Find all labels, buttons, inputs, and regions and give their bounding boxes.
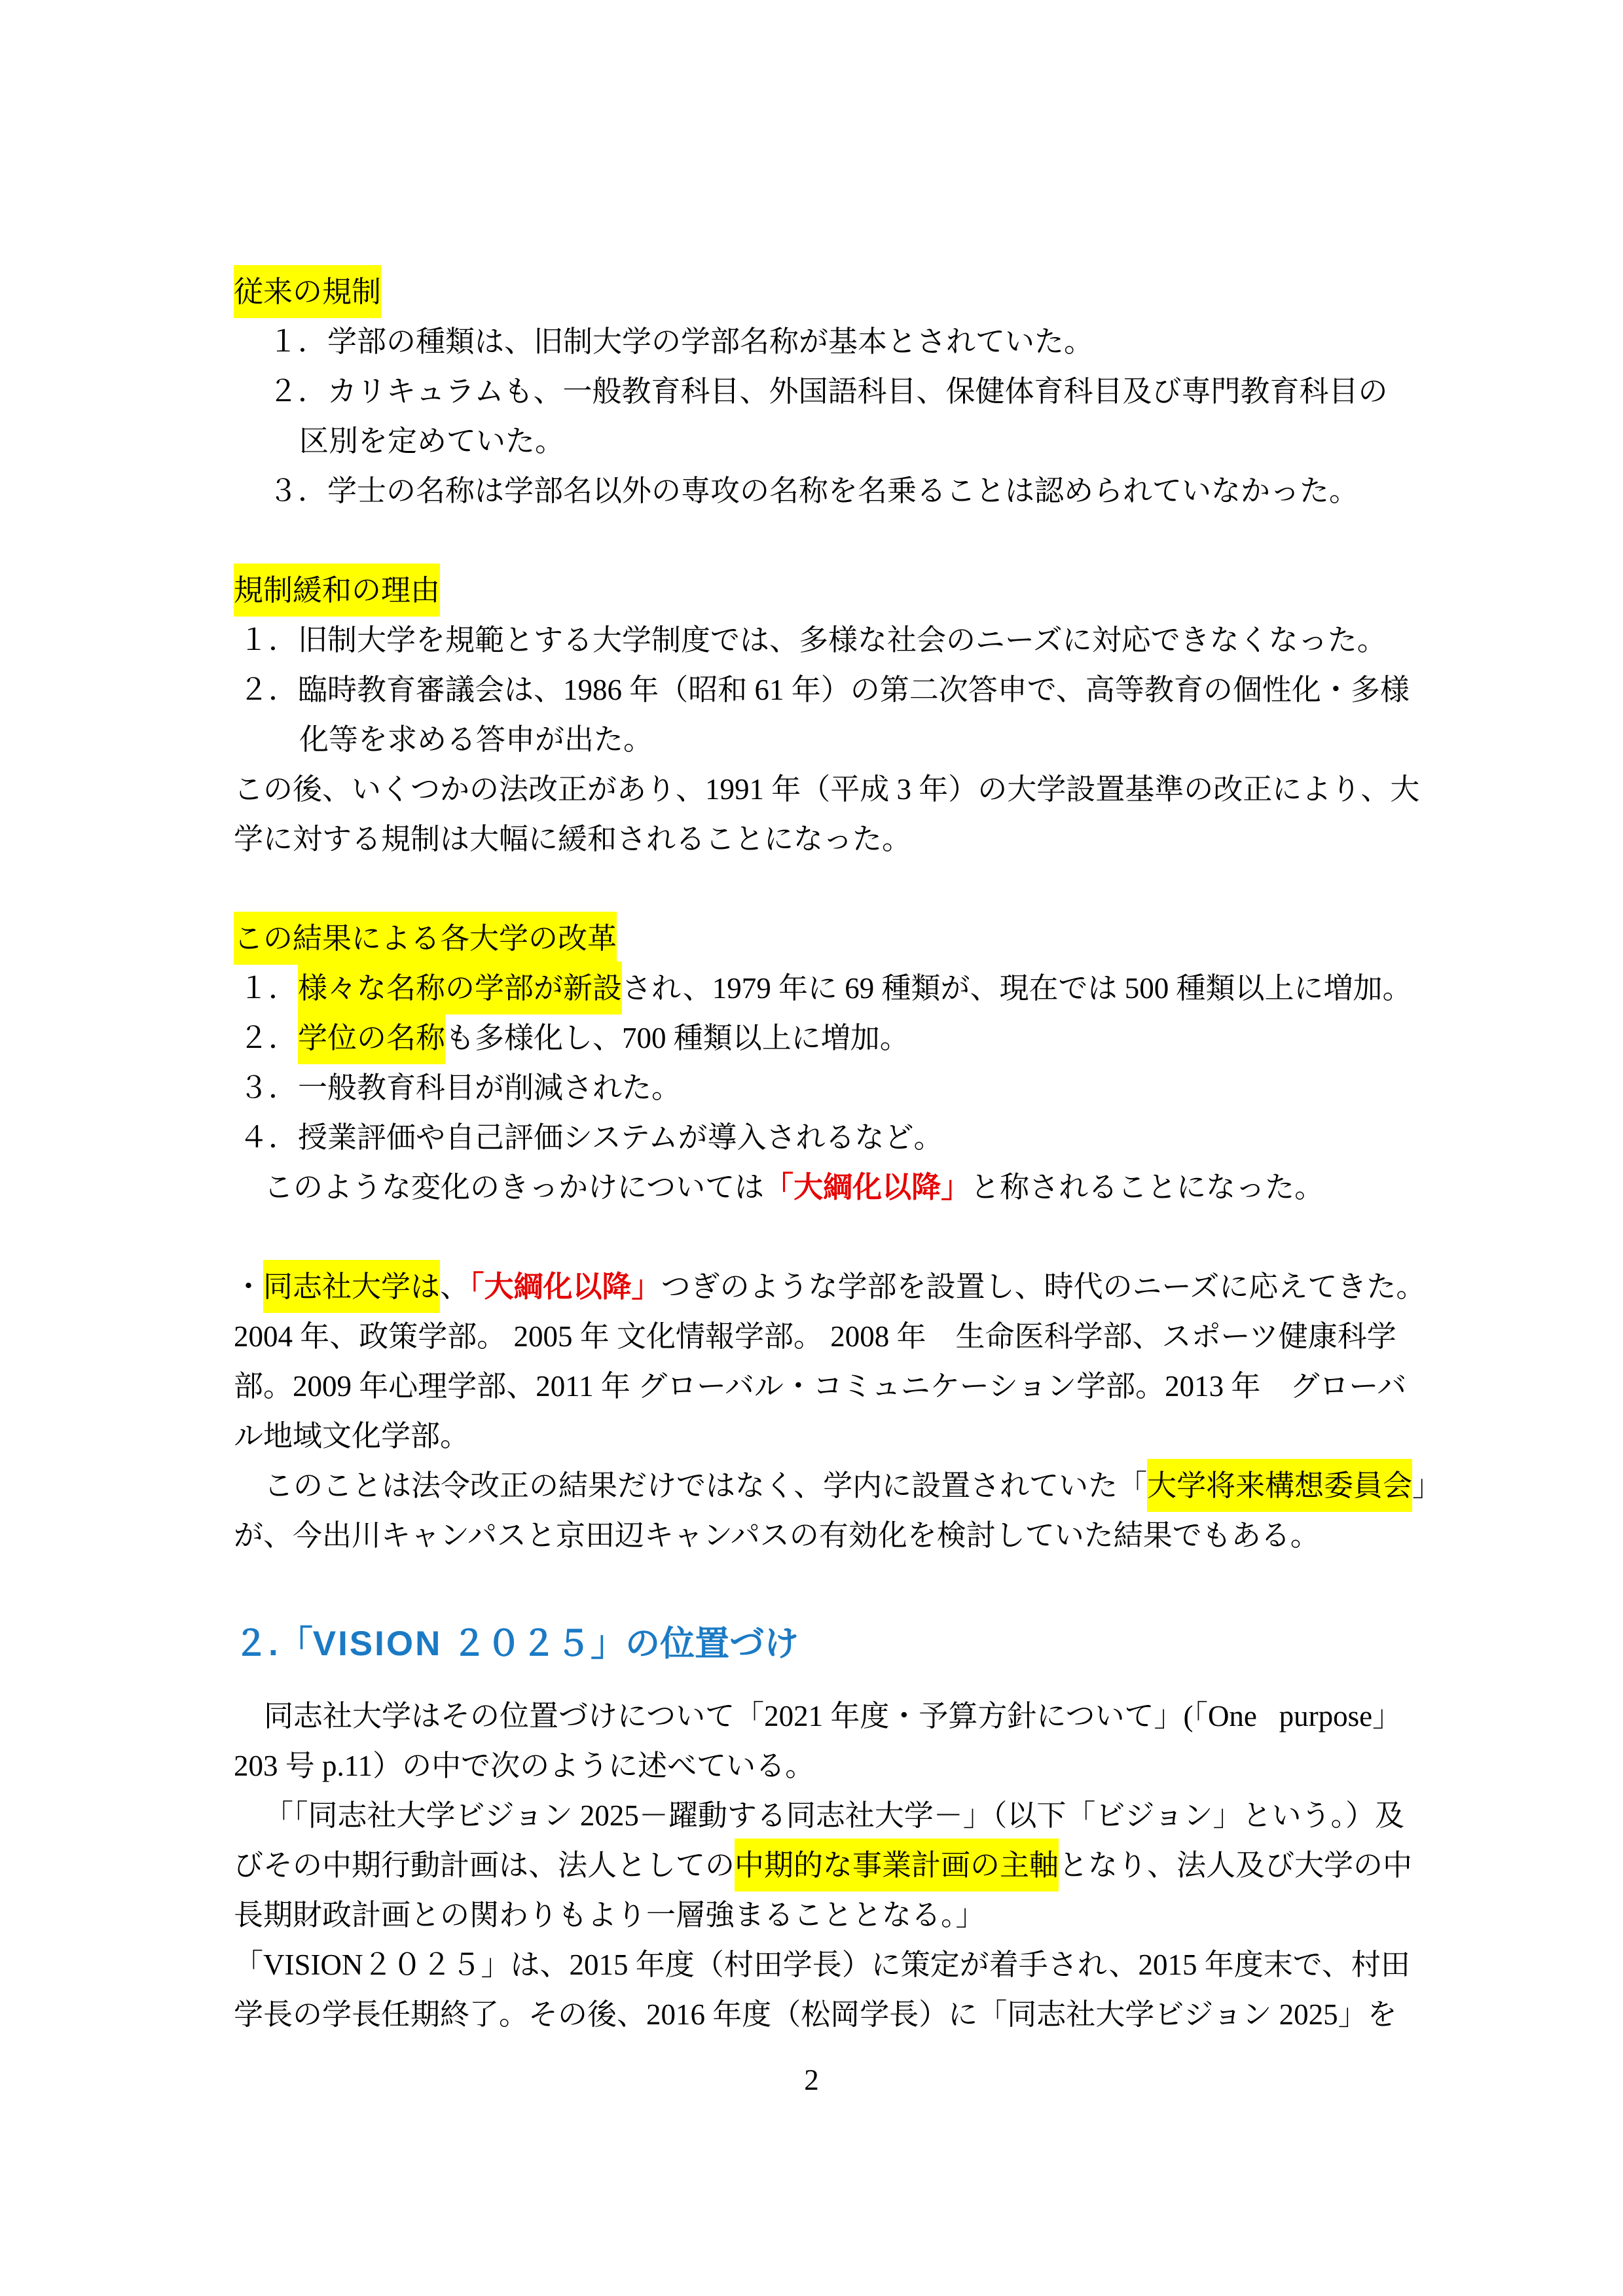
highlighted-text: 様々な名称の学部が新設: [298, 961, 622, 1014]
text-run: １．: [239, 972, 298, 1005]
latin-spread-text: VISION: [313, 1624, 443, 1663]
text-run: 学長の学長任期終了。その後、2016 年度（松岡学長）に「同志社大学ビジョン 2…: [234, 1998, 1397, 2031]
text-run: ２０２５」の位置づけ: [442, 1624, 799, 1663]
text-line: 規制緩和の理由: [234, 565, 1406, 615]
text-run: 区別を定めていた。: [299, 425, 564, 457]
text-run: 「「同志社大学ビジョン 2025－躍動する同志社大学－」（以下「ビジョン」という…: [264, 1799, 1404, 1832]
text-line: このことは法令改正の結果だけではなく、学内に設置されていた「大学将来構想委員会」: [234, 1461, 1406, 1511]
text-line: ル地域文化学部。: [234, 1411, 1406, 1461]
text-run: この後、いくつかの法改正があり、1991 年（平成 3 年）の大学設置基準の改正…: [234, 773, 1419, 806]
red-emphasis-text: 「大綱化以降」: [764, 1171, 970, 1204]
text-run: となり、法人及び大学の中: [1059, 1849, 1412, 1882]
text-run: が、今出川キャンパスと京田辺キャンパスの有効化を検討していた結果でもある。: [234, 1519, 1320, 1552]
section-deregulation-reason: 規制緩和の理由１．旧制大学を規範とする大学制度では、多様な社会のニーズに対応でき…: [234, 565, 1406, 864]
text-run: つぎのような学部を設置し、時代のニーズに応えてきた。: [661, 1270, 1426, 1303]
text-run: ・: [234, 1270, 263, 1303]
section-heading: ２.「VISION ２０２５」の位置づけ: [234, 1610, 1406, 1678]
text-line: １．様々な名称の学部が新設され、1979 年に 69 種類が、現在では 500 …: [234, 963, 1406, 1013]
text-run: びその中期行動計画は、法人としての: [234, 1849, 735, 1882]
text-run: ３．学士の名称は学部名以外の専攻の名称を名乗ることは認められていなかった。: [268, 475, 1359, 507]
highlighted-text: 中期的な事業計画の主軸: [735, 1839, 1059, 1892]
highlighted-text: この結果による各大学の改革: [234, 912, 617, 965]
text-run: 203 号 p.11）の中で次のように述べている。: [234, 1749, 814, 1782]
text-line: 長期財政計画との関わりもより一層強まることとなる。」: [234, 1890, 1406, 1940]
document-body: 従来の規制１．学部の種類は、旧制大学の学部名称が基本とされていた。２．カリキュラ…: [234, 267, 1406, 2039]
text-run: と称されることになった。: [970, 1171, 1324, 1204]
text-run: 2004 年、政策学部。 2005 年 文化情報学部。 2008 年 生命医科学…: [234, 1320, 1396, 1353]
text-run: 化等を求める答申が出た。: [299, 723, 653, 756]
text-line: 同志社大学はその位置づけについて「2021 年度・予算方針について」(「One …: [234, 1691, 1406, 1741]
text-run: ４．授業評価や自己評価システムが導入されるなど。: [239, 1121, 943, 1154]
text-run: ３．一般教育科目が削減された。: [239, 1071, 681, 1104]
text-line: この結果による各大学の改革: [234, 914, 1406, 963]
text-line: びその中期行動計画は、法人としての中期的な事業計画の主軸となり、法人及び大学の中: [234, 1840, 1406, 1890]
highlighted-text: 規制緩和の理由: [234, 564, 440, 617]
highlighted-text: 学位の名称: [298, 1011, 445, 1064]
text-line: 従来の規制: [234, 267, 1406, 317]
document-page: 従来の規制１．学部の種類は、旧制大学の学部名称が基本とされていた。２．カリキュラ…: [0, 0, 1623, 2296]
section-vision-2025-heading: ２.「VISION ２０２５」の位置づけ: [234, 1610, 1406, 1678]
highlighted-text: 同志社大学は: [263, 1260, 440, 1313]
highlighted-text: 大学将来構想委員会: [1147, 1459, 1412, 1512]
highlighted-text: 従来の規制: [234, 265, 381, 318]
text-run: ２．: [239, 1022, 298, 1054]
text-line: ２．カリキュラムも、一般教育科目、外国語科目、保健体育科目及び専門教育科目の: [234, 367, 1406, 416]
text-line: 「「同志社大学ビジョン 2025－躍動する同志社大学－」（以下「ビジョン」という…: [234, 1791, 1406, 1840]
text-line: 化等を求める答申が出た。: [234, 715, 1406, 764]
text-line: が、今出川キャンパスと京田辺キャンパスの有効化を検討していた結果でもある。: [234, 1511, 1406, 1560]
text-run: ル地域文化学部。: [234, 1420, 469, 1452]
text-line: １．学部の種類は、旧制大学の学部名称が基本とされていた。: [234, 317, 1406, 367]
text-run: ２．臨時教育審議会は、1986 年（昭和 61 年）の第二次答申で、高等教育の個…: [239, 673, 1410, 706]
text-run: され、1979 年に 69 種類が、現在では 500 種類以上に増加。: [622, 972, 1412, 1005]
text-run: 」: [1412, 1469, 1442, 1502]
text-line: ４．授業評価や自己評価システムが導入されるなど。: [234, 1113, 1406, 1162]
text-line: ３．一般教育科目が削減された。: [234, 1063, 1406, 1113]
text-run: 、: [440, 1270, 469, 1303]
text-line: 2004 年、政策学部。 2005 年 文化情報学部。 2008 年 生命医科学…: [234, 1312, 1406, 1361]
text-run: 長期財政計画との関わりもより一層強まることとなる。」: [234, 1899, 985, 1931]
text-line: １．旧制大学を規範とする大学制度では、多様な社会のニーズに対応できなくなった。: [234, 615, 1406, 665]
text-line: 部。2009 年心理学部、2011 年 グローバル・コミュニケーション学部。20…: [234, 1361, 1406, 1411]
text-run: このことは法令改正の結果だけではなく、学内に設置されていた「: [264, 1469, 1147, 1502]
text-run: 学に対する規制は大幅に緩和されることになった。: [234, 823, 911, 855]
section-conventional-regulation: 従来の規制１．学部の種類は、旧制大学の学部名称が基本とされていた。２．カリキュラ…: [234, 267, 1406, 516]
text-run: このような変化のきっかけについては: [264, 1171, 764, 1204]
text-line: 203 号 p.11）の中で次のように述べている。: [234, 1741, 1406, 1791]
text-line: ２．臨時教育審議会は、1986 年（昭和 61 年）の第二次答申で、高等教育の個…: [234, 665, 1406, 715]
page-number: 2: [0, 2055, 1623, 2105]
text-line: ２．学位の名称も多様化し、700 種類以上に増加。: [234, 1013, 1406, 1063]
text-run: ２.「: [234, 1624, 313, 1663]
text-line: ・同志社大学は、「大綱化以降」つぎのような学部を設置し、時代のニーズに応えてきた…: [234, 1262, 1406, 1312]
text-line: この後、いくつかの法改正があり、1991 年（平成 3 年）の大学設置基準の改正…: [234, 764, 1406, 814]
section-vision-2025-body: 同志社大学はその位置づけについて「2021 年度・予算方針について」(「One …: [234, 1691, 1406, 2039]
text-run: 部。2009 年心理学部、2011 年 グローバル・コミュニケーション学部。20…: [234, 1370, 1406, 1403]
text-line: ３．学士の名称は学部名以外の専攻の名称を名乗ることは認められていなかった。: [234, 466, 1406, 516]
section-doshisha-faculties: ・同志社大学は、「大綱化以降」つぎのような学部を設置し、時代のニーズに応えてきた…: [234, 1262, 1406, 1560]
text-line: 区別を定めていた。: [234, 416, 1406, 466]
text-run: 「VISION２０２５」は、2015 年度（村田学長）に策定が着手され、2015…: [234, 1948, 1410, 1981]
text-line: 「VISION２０２５」は、2015 年度（村田学長）に策定が着手され、2015…: [234, 1940, 1406, 1990]
text-run: ２．カリキュラムも、一般教育科目、外国語科目、保健体育科目及び専門教育科目の: [268, 375, 1388, 408]
text-line: 学長の学長任期終了。その後、2016 年度（松岡学長）に「同志社大学ビジョン 2…: [234, 1990, 1406, 2039]
text-line: 学に対する規制は大幅に緩和されることになった。: [234, 814, 1406, 864]
text-run: も多様化し、700 種類以上に増加。: [445, 1022, 909, 1054]
red-emphasis-text: 「大綱化以降」: [469, 1270, 661, 1303]
text-line: このような変化のきっかけについては「大綱化以降」と称されることになった。: [234, 1162, 1406, 1212]
text-run: １．旧制大学を規範とする大学制度では、多様な社会のニーズに対応できなくなった。: [239, 624, 1387, 656]
text-run: １．学部の種類は、旧制大学の学部名称が基本とされていた。: [268, 325, 1093, 358]
text-run: 同志社大学はその位置づけについて「2021 年度・予算方針について」(「One …: [264, 1700, 1402, 1732]
section-university-reforms: この結果による各大学の改革１．様々な名称の学部が新設され、1979 年に 69 …: [234, 914, 1406, 1212]
